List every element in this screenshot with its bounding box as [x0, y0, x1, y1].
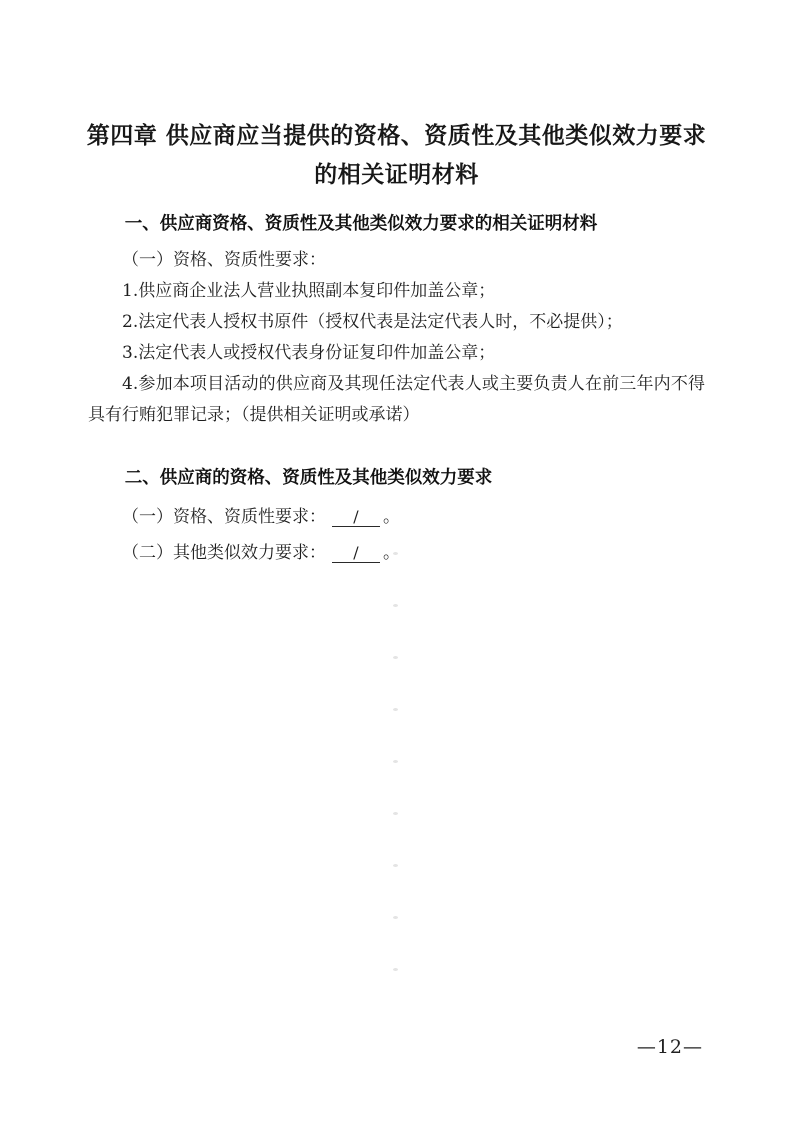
page-number: —12—	[637, 1036, 703, 1058]
requirement-item-2: 2.法定代表人授权书原件（授权代表是法定代表人时，不必提供）；	[88, 307, 705, 338]
section-two-heading: 二、供应商的资格、资质性及其他类似效力要求	[88, 463, 705, 493]
scan-artifact-dots	[393, 552, 399, 1020]
section-one-body: （一）资格、资质性要求： 1.供应商企业法人营业执照副本复印件加盖公章； 2.法…	[88, 245, 705, 431]
other-effect-blank-value: /	[332, 544, 380, 563]
other-effect-blank-label: （二）其他类似效力要求：	[122, 543, 326, 563]
requirement-item-4: 4.参加本项目活动的供应商及其现任法定代表人或主要负责人在前三年内不得具有行贿犯…	[88, 369, 705, 431]
qualification-blank-fullstop: 。	[383, 507, 400, 527]
requirement-item-1: 1.供应商企业法人营业执照副本复印件加盖公章；	[88, 276, 705, 307]
section-one-heading: 一、供应商资格、资质性及其他类似效力要求的相关证明材料	[88, 209, 705, 239]
qualification-subheading: （一）资格、资质性要求：	[88, 245, 705, 276]
chapter-title: 第四章 供应商应当提供的资格、资质性及其他类似效力要求的相关证明材料	[84, 116, 709, 194]
qualification-blank-line: （一）资格、资质性要求：/。	[88, 505, 705, 529]
qualification-blank-label: （一）资格、资质性要求：	[122, 507, 326, 527]
requirement-item-3: 3.法定代表人或授权代表身份证复印件加盖公章；	[88, 338, 705, 369]
document-page: 第四章 供应商应当提供的资格、资质性及其他类似效力要求的相关证明材料 一、供应商…	[0, 0, 793, 1122]
qualification-blank-value: /	[332, 508, 380, 527]
